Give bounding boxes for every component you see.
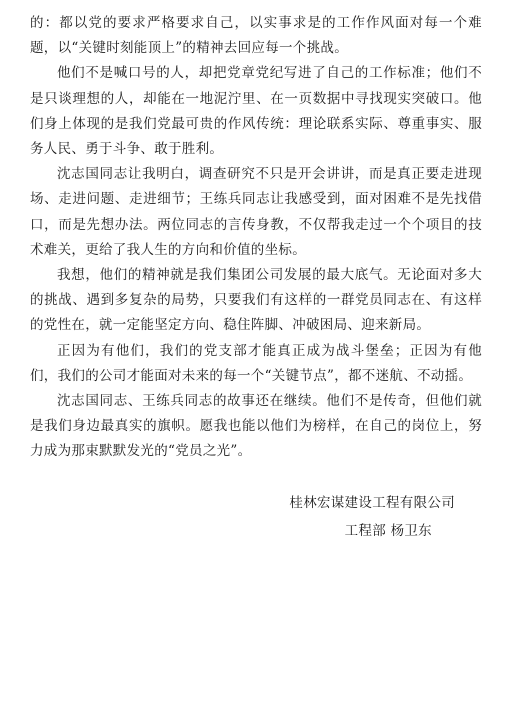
paragraph: 沈志国同志让我明白，调查研究不只是开会讲讲，而是真正要走进现场、走进问题、走进细… xyxy=(30,162,482,263)
signature-block: 桂林宏谋建设工程有限公司 工程部 杨卫东 xyxy=(30,489,482,545)
paragraph: 沈志国同志、王练兵同志的故事还在继续。他们不是传奇，但他们就是我们身边最真实的旗… xyxy=(30,389,482,465)
document-page: 的：都以党的要求严格要求自己，以实事求是的工作作风面对每一个难题，以“关键时刻能… xyxy=(0,0,512,706)
signature-company: 桂林宏谋建设工程有限公司 xyxy=(30,489,482,517)
paragraph: 正因为有他们，我们的党支部才能真正成为战斗堡垒；正因为有他们，我们的公司才能面对… xyxy=(30,339,482,389)
paragraph: 他们不是喊口号的人，却把党章党纪写进了自己的工作标准；他们不是只谈理想的人，却能… xyxy=(30,61,482,162)
paragraph-continuation: 的：都以党的要求严格要求自己，以实事求是的工作作风面对每一个难题，以“关键时刻能… xyxy=(30,11,482,61)
paragraph: 我想，他们的精神就是我们集团公司发展的最大底气。无论面对多大的挑战、遇到多复杂的… xyxy=(30,263,482,339)
letter-body: 的：都以党的要求严格要求自己，以实事求是的工作作风面对每一个难题，以“关键时刻能… xyxy=(30,11,482,465)
signature-name-line: 工程部 杨卫东 xyxy=(30,517,482,545)
